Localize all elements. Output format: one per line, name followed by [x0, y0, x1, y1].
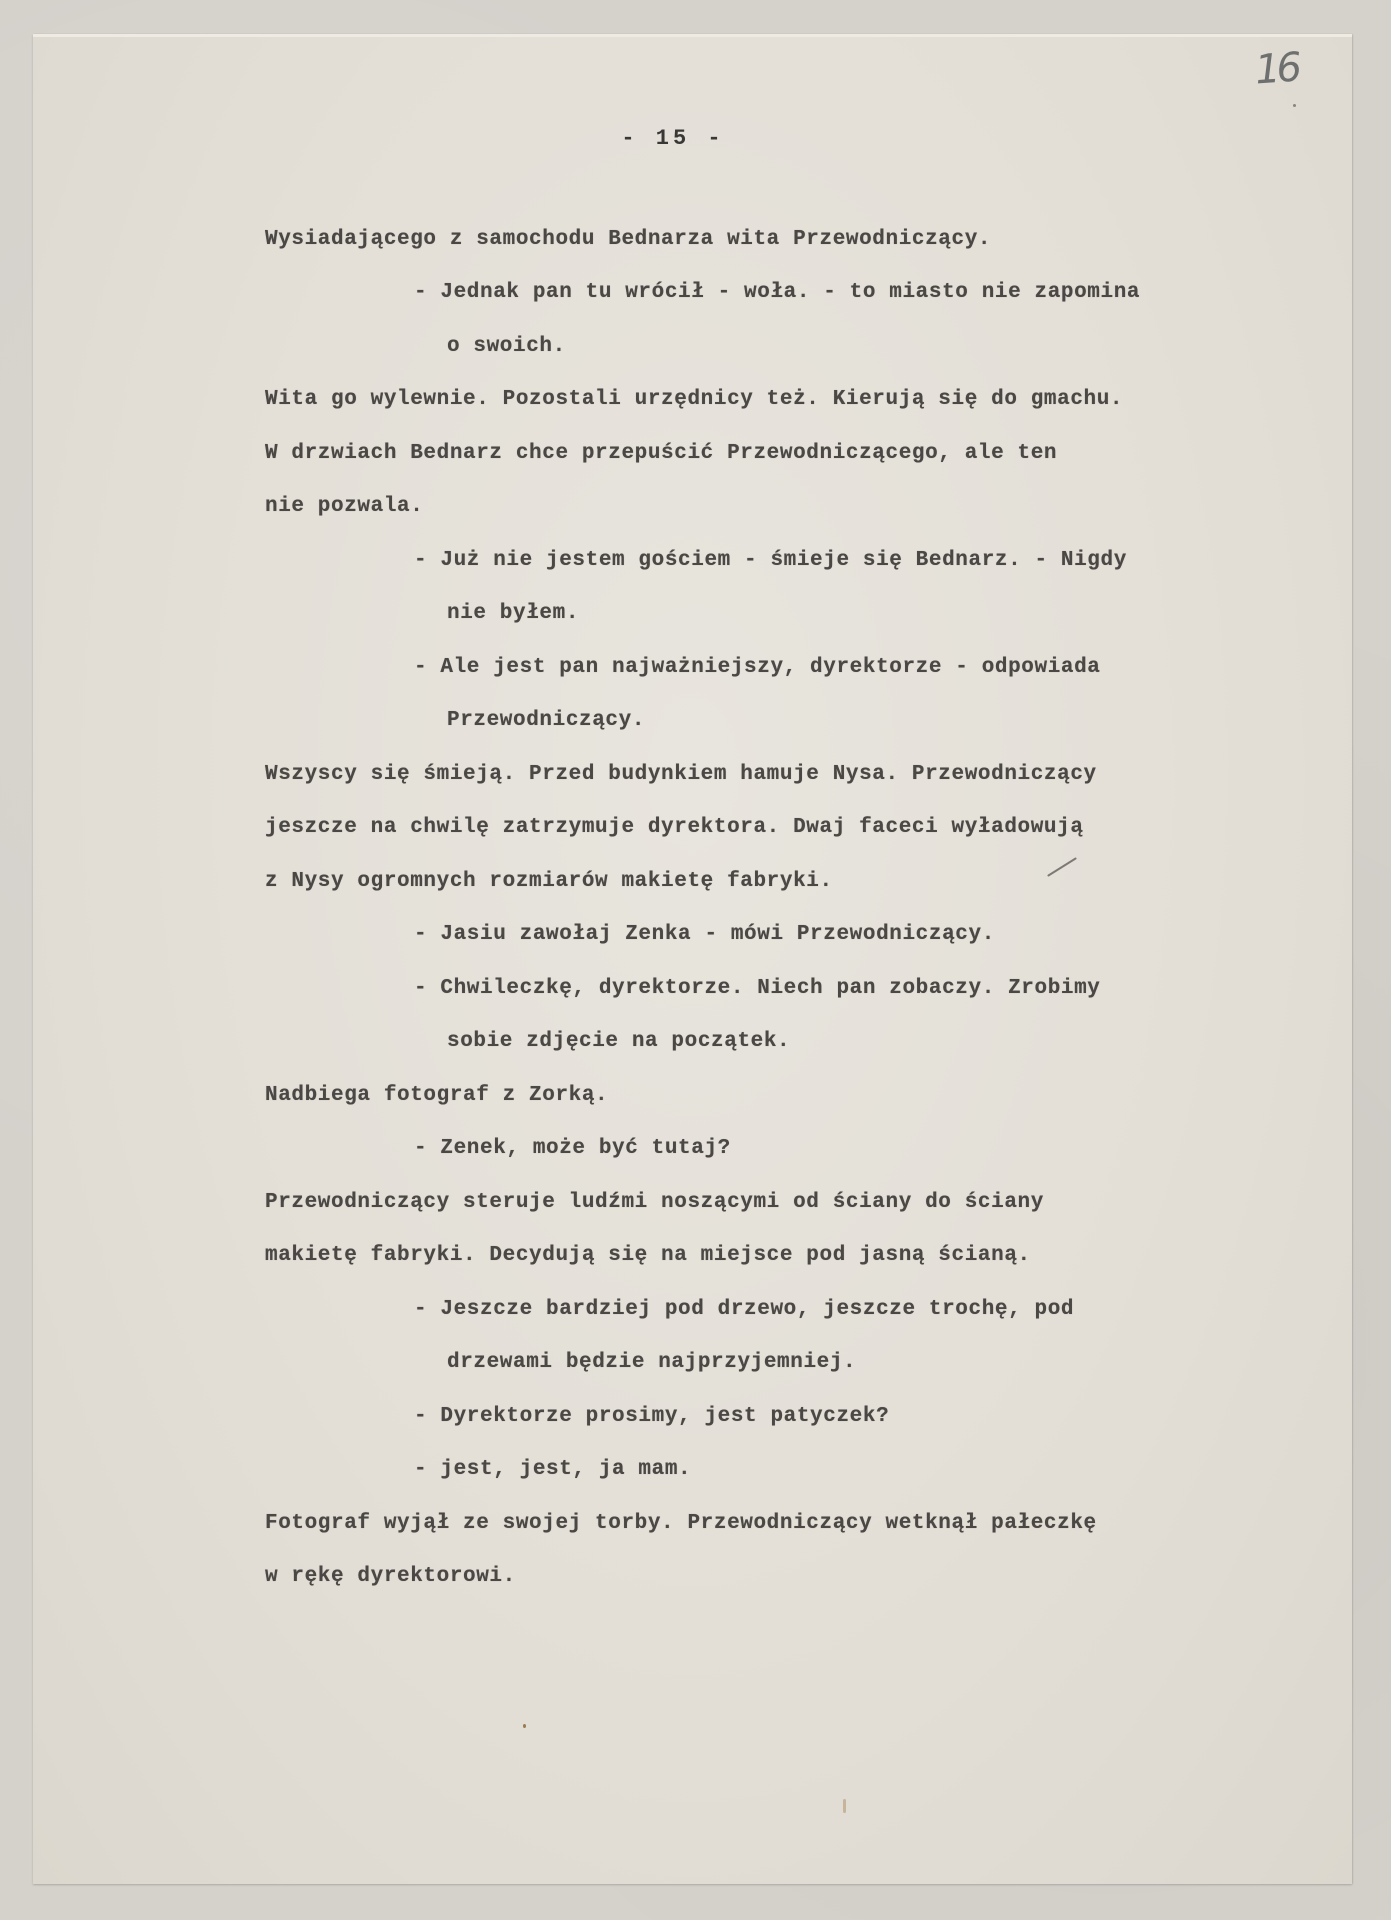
narration-line: Wita go wylewnie. Pozostali urzędnicy te…	[265, 388, 1123, 411]
narration-line: Nadbiega fotograf z Zorką.	[265, 1084, 608, 1107]
dialogue-line: - Ale jest pan najważniejszy, dyrektorze…	[414, 656, 1101, 679]
narration-line: w rękę dyrektorowi.	[265, 1565, 516, 1588]
narration-line: Wysiadającego z samochodu Bednarza wita …	[265, 228, 991, 251]
narration-line: nie pozwala.	[265, 495, 423, 518]
dialogue-continuation-line: nie byłem.	[447, 602, 579, 625]
dialogue-line: - Zenek, może być tutaj?	[414, 1137, 731, 1160]
paper-stain	[843, 1799, 846, 1813]
dialogue-line: - Jeszcze bardziej pod drzewo, jeszcze t…	[414, 1298, 1074, 1321]
narration-line: makietę fabryki. Decydują się na miejsce…	[265, 1244, 1031, 1267]
narration-line: Fotograf wyjął ze swojej torby. Przewodn…	[265, 1512, 1097, 1535]
narration-line: W drzwiach Bednarz chce przepuścić Przew…	[265, 442, 1057, 465]
dialogue-line: - Dyrektorze prosimy, jest patyczek?	[414, 1405, 889, 1428]
narration-line: Wszyscy się śmieją. Przed budynkiem hamu…	[265, 763, 1097, 786]
paper-speck	[1293, 104, 1296, 107]
paper-speck	[523, 1724, 526, 1728]
handwritten-folio-number: 16	[1253, 45, 1299, 94]
dialogue-continuation-line: o swoich.	[447, 335, 566, 358]
narration-line: Przewodniczący steruje ludźmi noszącymi …	[265, 1191, 1044, 1214]
dialogue-line: - jest, jest, ja mam.	[414, 1458, 691, 1481]
dialogue-line: - Jednak pan tu wrócił - woła. - to mias…	[414, 281, 1140, 304]
dialogue-line: - Jasiu zawołaj Zenka - mówi Przewodnicz…	[414, 923, 995, 946]
typewritten-page: 16 - 15 - Wysiadającego z samochodu Bedn…	[33, 34, 1352, 1884]
dialogue-line: - Już nie jestem gościem - śmieje się Be…	[414, 549, 1127, 572]
pencil-stroke-mark	[1047, 857, 1077, 877]
dialogue-continuation-line: drzewami będzie najprzyjemniej.	[447, 1351, 856, 1374]
narration-line: jeszcze na chwilę zatrzymuje dyrektora. …	[265, 816, 1084, 839]
dialogue-line: - Chwileczkę, dyrektorze. Niech pan zoba…	[414, 977, 1101, 1000]
dialogue-continuation-line: Przewodniczący.	[447, 709, 645, 732]
narration-line: z Nysy ogromnych rozmiarów makietę fabry…	[265, 870, 833, 893]
typed-page-number: - 15 -	[33, 126, 1313, 151]
dialogue-continuation-line: sobie zdjęcie na początek.	[447, 1030, 790, 1053]
